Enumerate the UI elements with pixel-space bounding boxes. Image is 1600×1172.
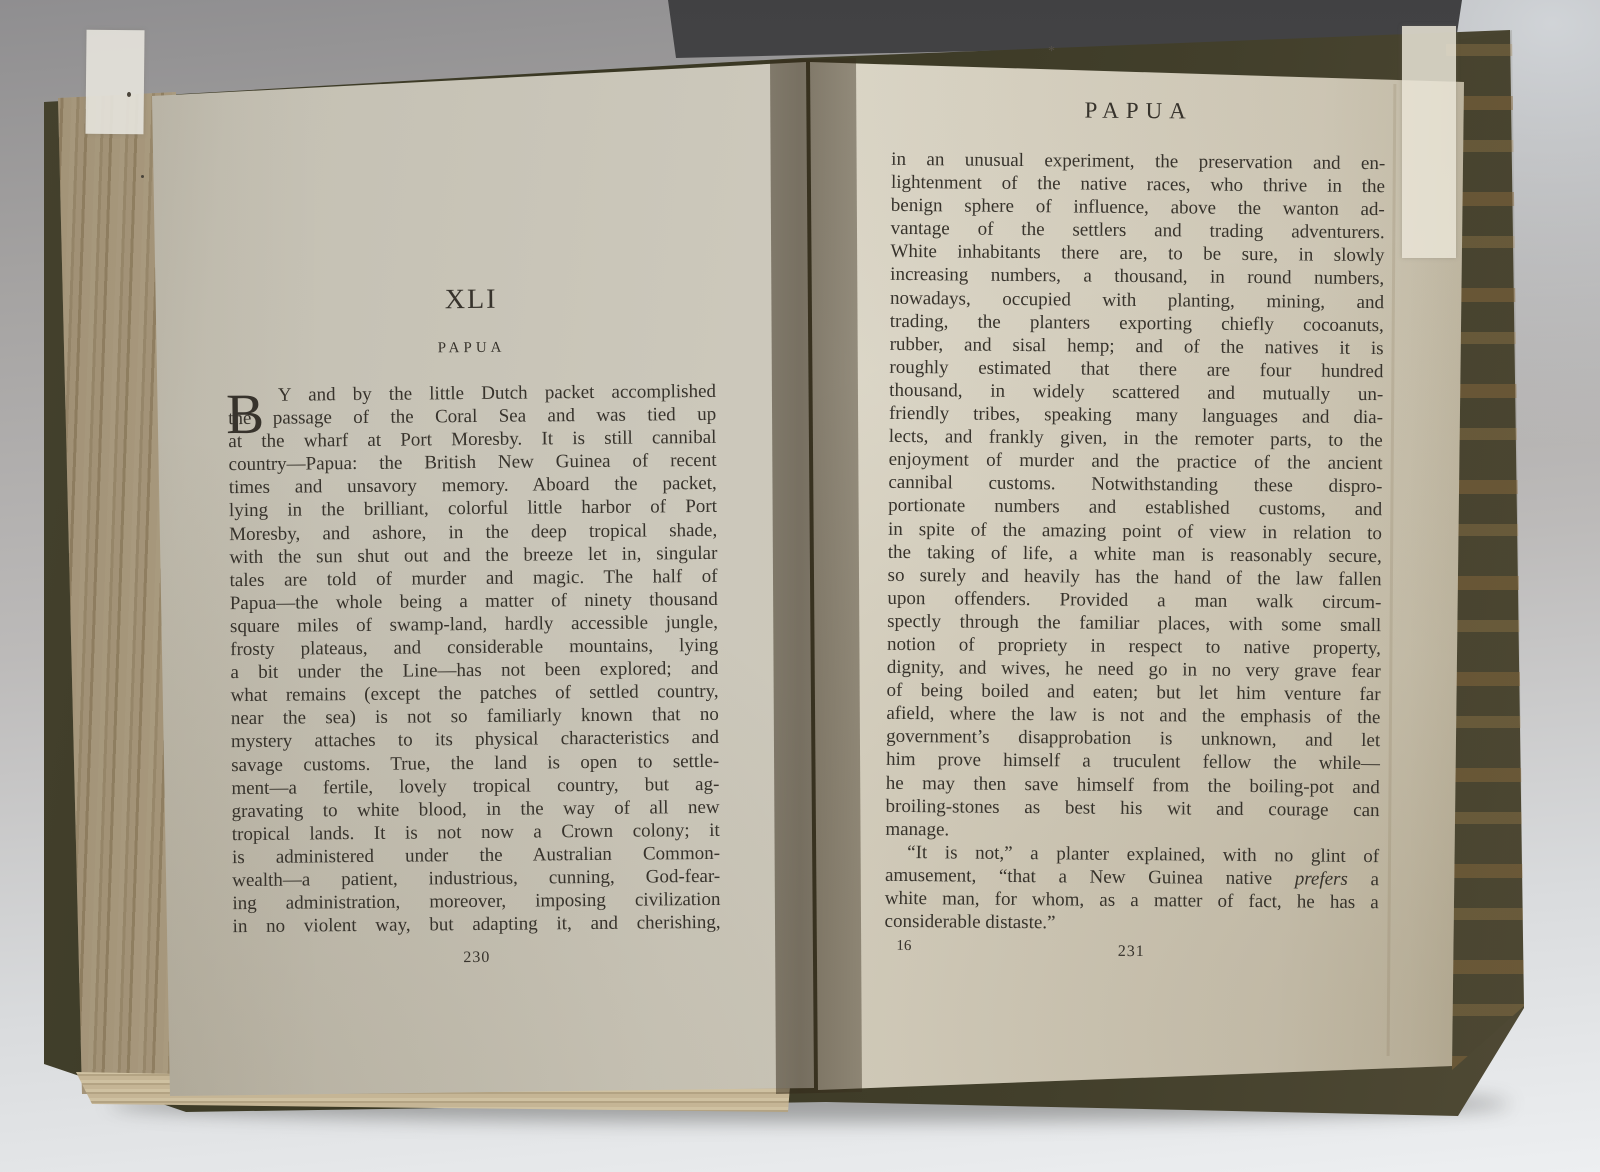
chapter-number: XLI	[227, 282, 715, 318]
printers-mark: *	[1048, 44, 1055, 60]
left-page-text: XLI PAPUA B Y and by the little Dutch pa…	[227, 282, 721, 969]
drop-cap: B	[226, 386, 265, 443]
tape-repair-right	[1402, 26, 1456, 258]
right-body-paragraph-1: in an unusual experiment, the preservati…	[885, 148, 1385, 845]
book-photograph: XLI PAPUA B Y and by the little Dutch pa…	[0, 0, 1600, 1172]
paper-speck	[127, 92, 131, 97]
right-page-number: 231	[884, 941, 1378, 963]
right-page-text: PAPUA in an unusual experiment, the pres…	[884, 96, 1386, 966]
right-page-footer: 16 231	[884, 938, 1378, 966]
running-header: PAPUA	[892, 96, 1386, 126]
right-body-paragraph-2: “It is not,” a planter explained, with n…	[884, 841, 1379, 938]
left-body-paragraph: B Y and by the little Dutch packet accom…	[228, 380, 721, 938]
chapter-title: PAPUA	[228, 338, 716, 359]
tape-repair-left	[85, 30, 144, 135]
paper-speck	[141, 175, 144, 178]
